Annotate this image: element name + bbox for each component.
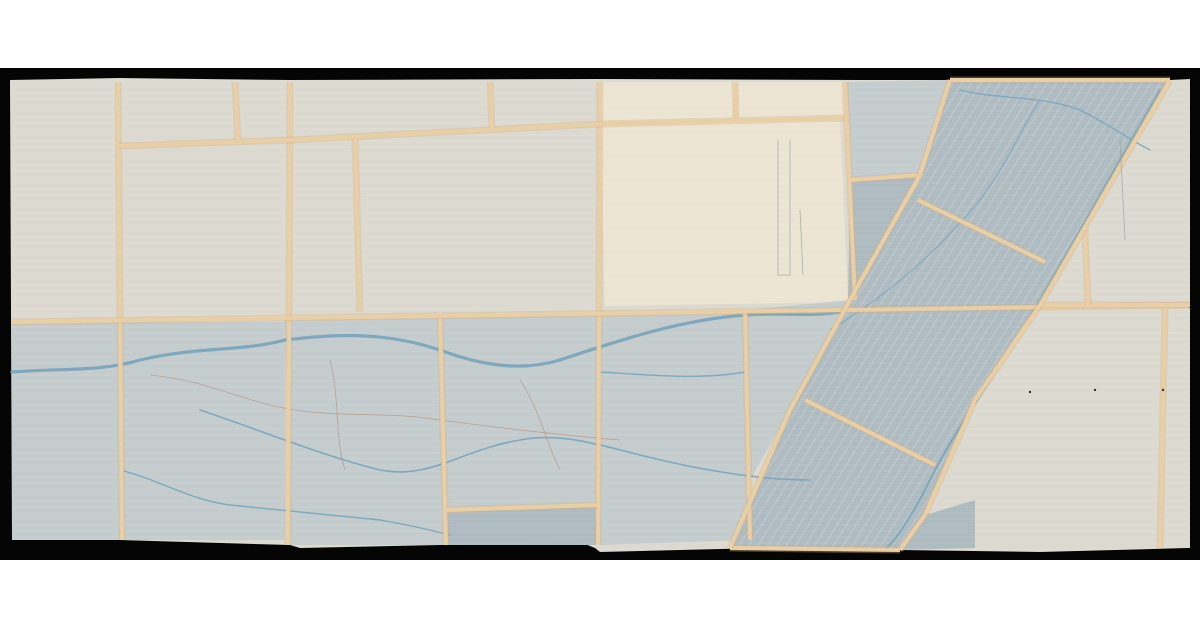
ink-dot (1029, 391, 1031, 393)
map-sheet (0, 0, 1200, 628)
ink-dot (1094, 389, 1096, 391)
ink-dot (1162, 389, 1164, 391)
paper-seam (730, 548, 900, 550)
paper-seam (490, 82, 492, 128)
paper-seam (735, 82, 736, 118)
paper-seam (288, 82, 290, 545)
